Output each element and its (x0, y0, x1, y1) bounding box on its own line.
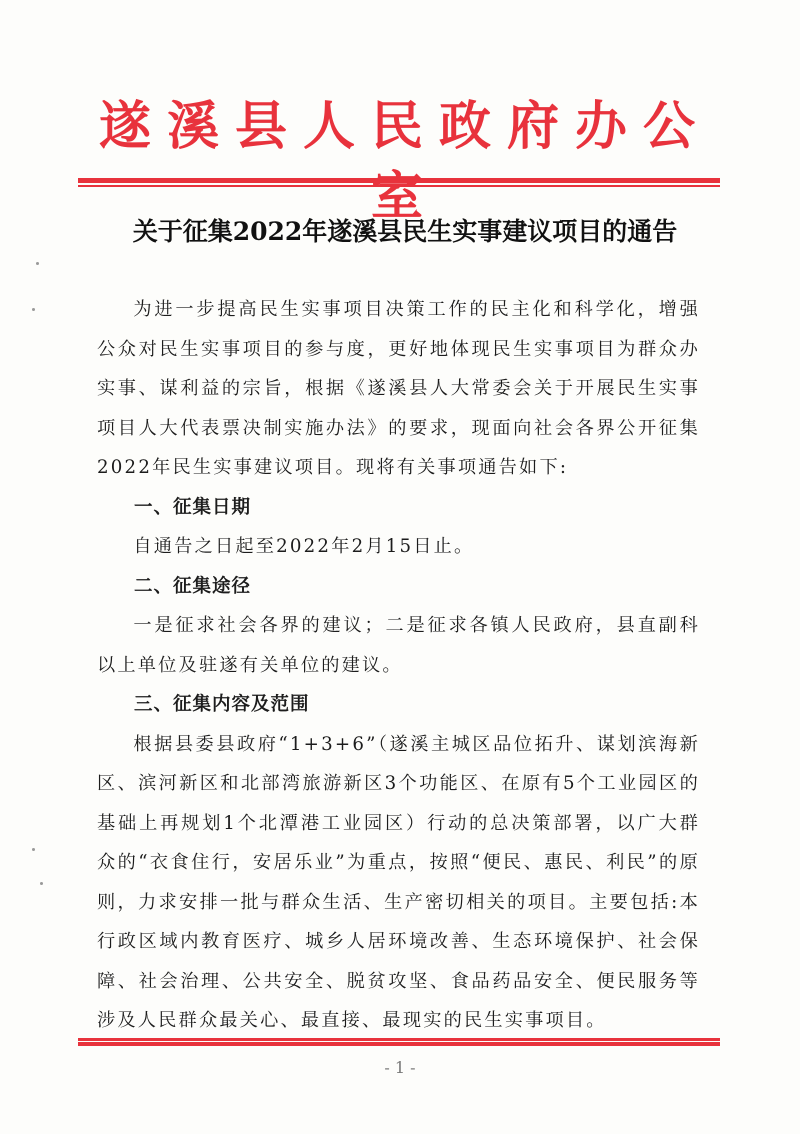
document-title: 关于征集2022年遂溪县民生实事建议项目的通告 (80, 212, 730, 252)
scan-speck (40, 882, 43, 885)
letterhead-red-rule (78, 178, 720, 187)
section-body-collection-scope: 根据县委县政府“1+3+6”（遂溪主城区品位拓升、谋划滨海新区、滨河新区和北部湾… (97, 725, 700, 1041)
section-heading-collection-scope: 三、征集内容及范围 (97, 685, 700, 725)
scan-speck (32, 848, 35, 851)
letterhead-issuer: 遂溪县人民政府办公室 (80, 92, 730, 232)
intro-paragraph: 为进一步提高民生实事项目决策工作的民主化和科学化，增强公众对民生实事项目的参与度… (97, 290, 700, 488)
document-body: 为进一步提高民生实事项目决策工作的民主化和科学化，增强公众对民生实事项目的参与度… (97, 290, 700, 1041)
section-heading-collection-date: 一、征集日期 (97, 488, 700, 528)
section-body-collection-date: 自通告之日起至2022年2月15日止。 (97, 527, 700, 567)
page-number: - 1 - (0, 1058, 800, 1077)
section-body-collection-channels: 一是征求社会各界的建议；二是征求各镇人民政府，县直副科以上单位及驻遂有关单位的建… (97, 606, 700, 685)
scan-speck (32, 308, 35, 311)
section-heading-collection-channels: 二、征集途径 (97, 567, 700, 607)
rule-thin-line (78, 1042, 720, 1046)
footer-red-rule (78, 1038, 720, 1046)
rule-thin-line (78, 185, 720, 187)
scan-speck (36, 262, 39, 265)
document-page: 遂溪县人民政府办公室 关于征集2022年遂溪县民生实事建议项目的通告 为进一步提… (0, 0, 800, 1134)
